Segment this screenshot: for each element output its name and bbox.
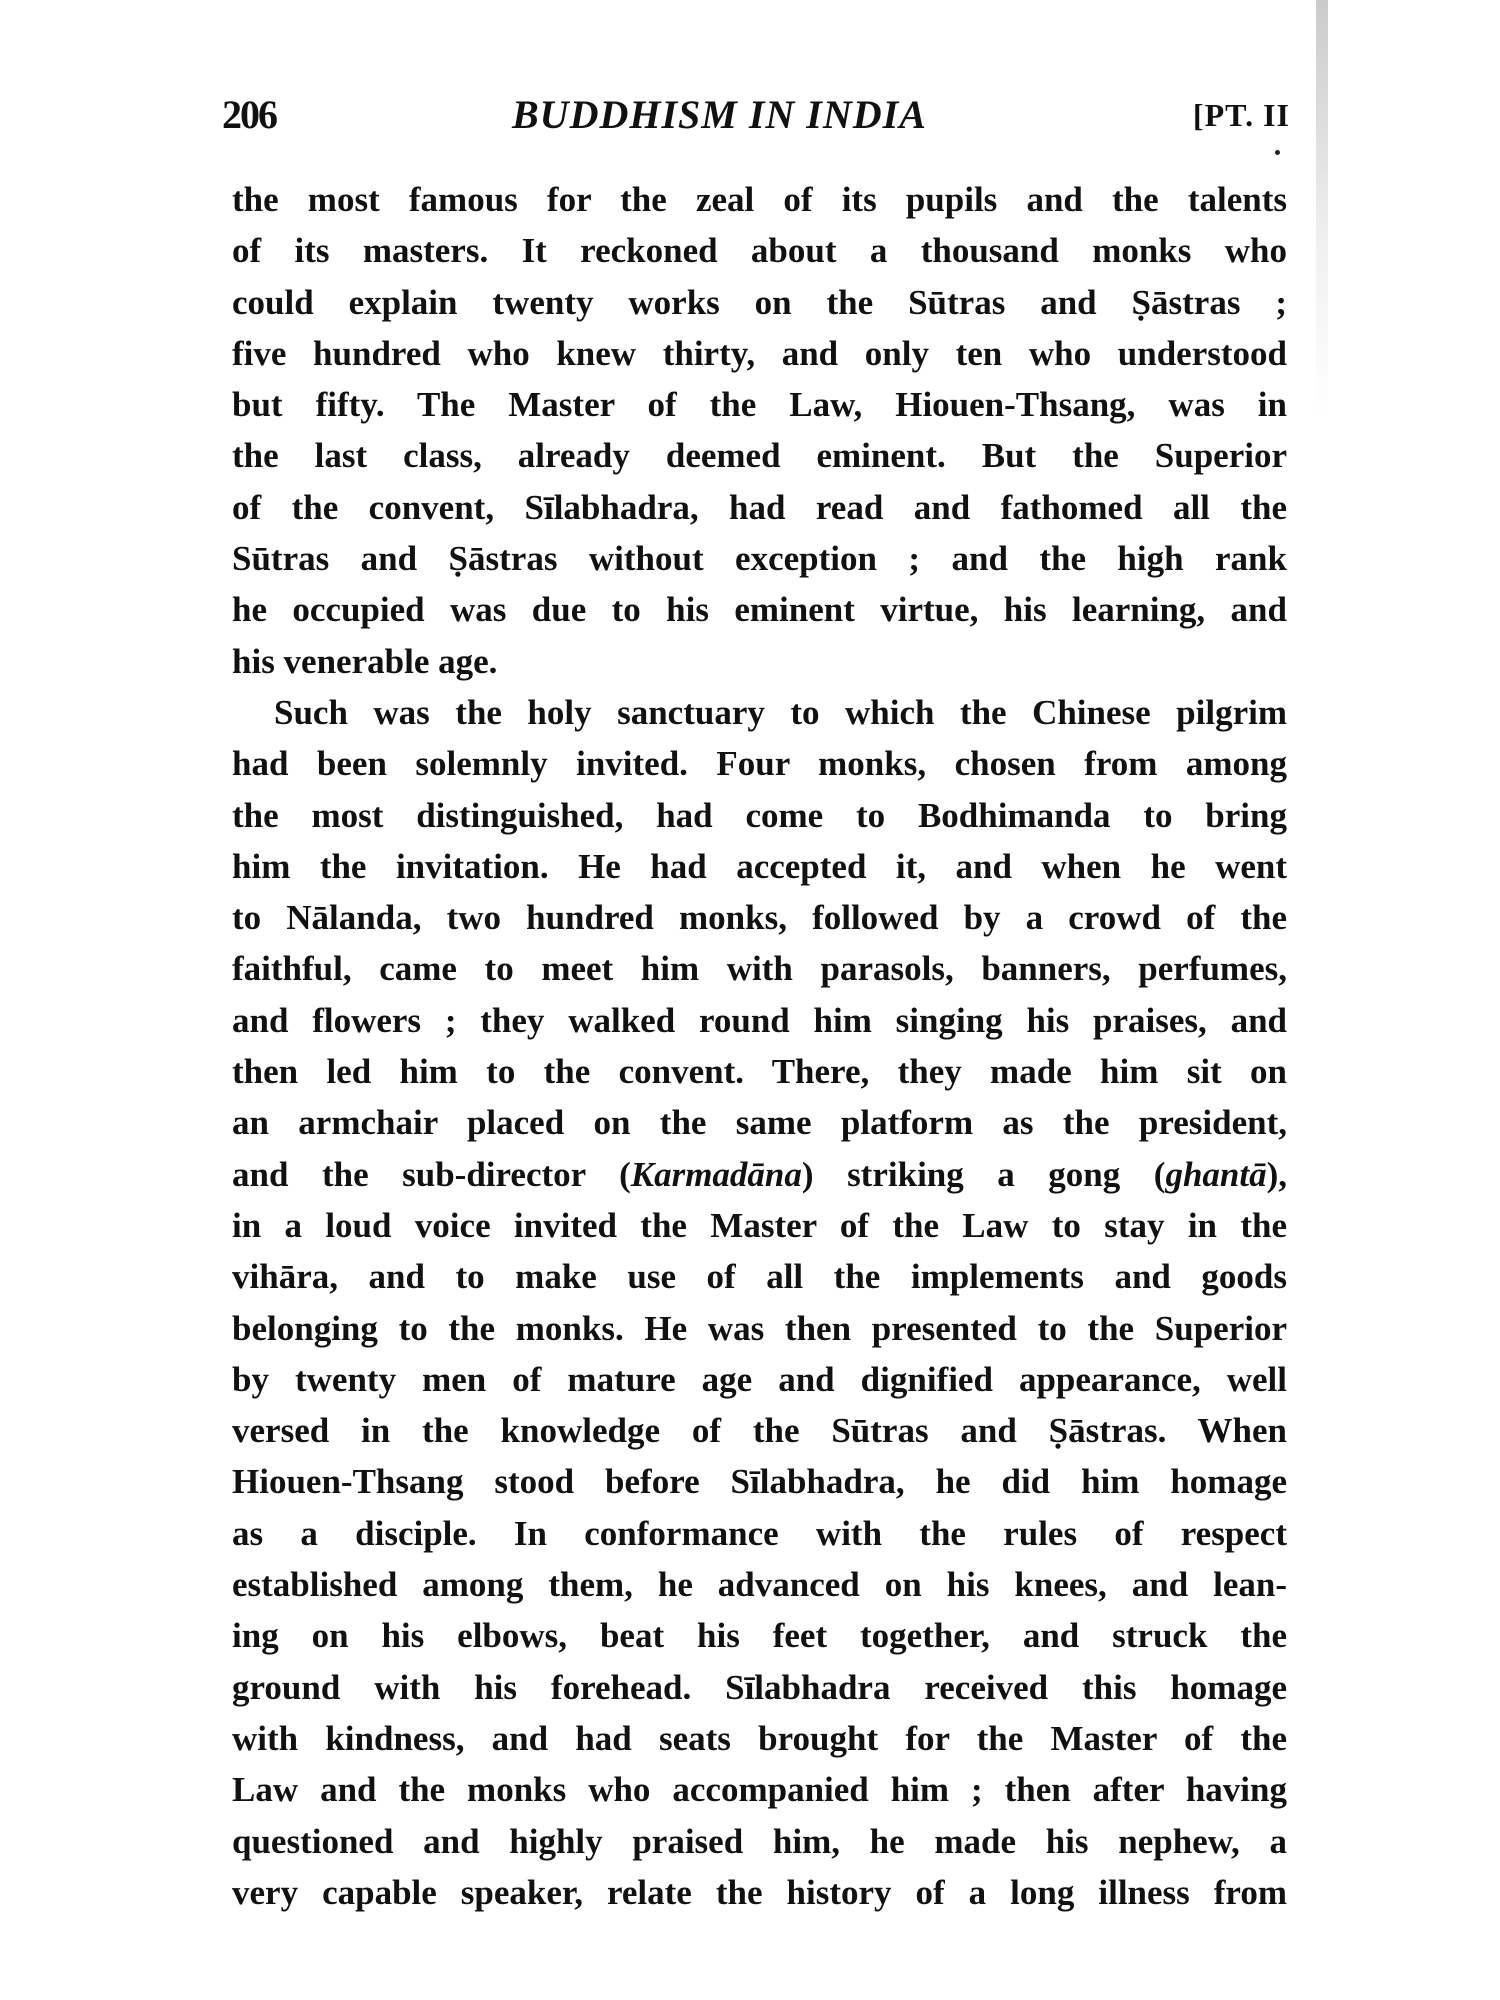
text-line: ing on his elbows, beat his feet togethe… bbox=[232, 1610, 1287, 1661]
text-line: the most famous for the zeal of its pupi… bbox=[232, 174, 1287, 225]
text-line: with kindness, and had seats brought for… bbox=[232, 1713, 1287, 1764]
text-line: ground with his forehead. Sīlabhadra rec… bbox=[232, 1662, 1287, 1713]
text-line: very capable speaker, relate the history… bbox=[232, 1867, 1287, 1918]
text-run: ), bbox=[1267, 1155, 1287, 1194]
text-line: Law and the monks who accompanied him ; … bbox=[232, 1764, 1287, 1815]
text-line: him the invitation. He had accepted it, … bbox=[232, 841, 1287, 892]
text-run: ) striking a gong ( bbox=[802, 1155, 1166, 1194]
text-line: by twenty men of mature age and dignifie… bbox=[232, 1354, 1287, 1405]
text-line: versed in the knowledge of the Sūtras an… bbox=[232, 1405, 1287, 1456]
text-line: and the sub-director (Karmadāna) strikin… bbox=[232, 1149, 1287, 1200]
text-line: an armchair placed on the same platform … bbox=[232, 1097, 1287, 1148]
part-label: [PT. II bbox=[1193, 90, 1290, 140]
text-line: of its masters. It reckoned about a thou… bbox=[232, 225, 1287, 276]
text-line: in a loud voice invited the Master of th… bbox=[232, 1200, 1287, 1251]
text-line: questioned and highly praised him, he ma… bbox=[232, 1816, 1287, 1867]
body-text: the most famous for the zeal of its pupi… bbox=[232, 174, 1287, 1918]
text-line: of the convent, Sīlabhadra, had read and… bbox=[232, 482, 1287, 533]
text-line: established among them, he advanced on h… bbox=[232, 1559, 1287, 1610]
text-line: Hiouen-Thsang stood before Sīlabhadra, h… bbox=[232, 1456, 1287, 1507]
running-title: BUDDHISM IN INDIA bbox=[512, 90, 927, 140]
text-line: he occupied was due to his eminent virtu… bbox=[232, 584, 1287, 635]
text-line: and flowers ; they walked round him sing… bbox=[232, 995, 1287, 1046]
text-line: Sūtras and Ṣāstras without exception ; a… bbox=[232, 533, 1287, 584]
italic-term: Karmadāna bbox=[631, 1155, 802, 1194]
running-head: 206 BUDDHISM IN INDIA [PT. II bbox=[222, 90, 1290, 140]
text-line: five hundred who knew thirty, and only t… bbox=[232, 328, 1287, 379]
page-number: 206 bbox=[222, 90, 276, 140]
text-line: but fifty. The Master of the Law, Hiouen… bbox=[232, 379, 1287, 430]
text-run: and the sub-director ( bbox=[232, 1155, 631, 1194]
text-line: had been solemnly invited. Four monks, c… bbox=[232, 738, 1287, 789]
print-speck bbox=[1275, 150, 1280, 155]
page-edge-shadow bbox=[1316, 0, 1328, 420]
text-line: vihāra, and to make use of all the imple… bbox=[232, 1251, 1287, 1302]
italic-term: ghantā bbox=[1165, 1155, 1266, 1194]
text-line: then led him to the convent. There, they… bbox=[232, 1046, 1287, 1097]
text-line: could explain twenty works on the Sūtras… bbox=[232, 277, 1287, 328]
text-line: as a disciple. In conformance with the r… bbox=[232, 1508, 1287, 1559]
text-line: his venerable age. bbox=[232, 636, 1287, 687]
text-line: the most distinguished, had come to Bodh… bbox=[232, 790, 1287, 841]
text-line: belonging to the monks. He was then pres… bbox=[232, 1303, 1287, 1354]
text-line: the last class, already deemed eminent. … bbox=[232, 430, 1287, 481]
text-line: Such was the holy sanctuary to which the… bbox=[232, 687, 1287, 738]
text-line: faithful, came to meet him with parasols… bbox=[232, 943, 1287, 994]
text-line: to Nālanda, two hundred monks, followed … bbox=[232, 892, 1287, 943]
